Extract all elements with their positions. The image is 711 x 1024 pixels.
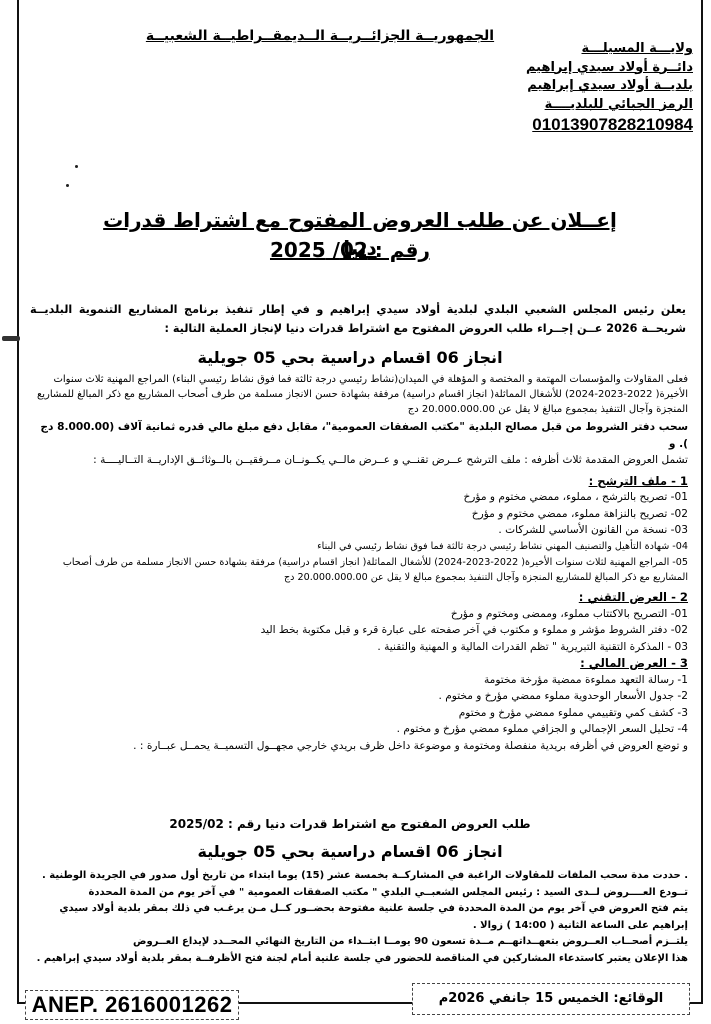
- candidacy-item: 05- المراجع المهنية لثلاث سنوات الأخيرة(…: [28, 555, 688, 585]
- candidacy-item: 04- شهادة التأهيل والتصنيف المهني نشاط ر…: [28, 539, 688, 556]
- final-paragraph: . حددت مدة سحب الملفات للمقاولات الراغبة…: [28, 868, 688, 885]
- financial-item: 3- كشف كمي وتقييمي مملوء ممضي مؤرخ و مخت…: [28, 705, 688, 722]
- section-title-candidacy: 1 - ملف الترشح :: [28, 473, 688, 490]
- intro-paragraph: يعلن رئيس المجلس الشعبي البلدي لبلدية أو…: [30, 300, 686, 338]
- candidacy-item: 02- تصريح بالنزاهة مملوء، ممضي مختوم و م…: [28, 506, 688, 523]
- final-paragraphs: . حددت مدة سحب الملفات للمقاولات الراغبة…: [28, 868, 688, 967]
- final-paragraph: يلتــزم أصحــاب العــروض بتعهــداتهــم م…: [28, 934, 688, 951]
- notice-number: رقم : 02/ 2025: [200, 236, 500, 264]
- section-title-technical: 2 - العرض التقني :: [28, 589, 688, 606]
- deposit-note: و توضع العروض في أظرفه بريدية منفصلة ومخ…: [28, 738, 688, 755]
- technical-item: 02- دفتر الشروط مؤشر و مملوء و مكتوب في …: [28, 622, 688, 639]
- financial-item: 4- تحليل السعر الإجمالي و الجزافي مملوء …: [28, 721, 688, 738]
- technical-item: 03 - المذكرة التقنية التبريرية " تظم الق…: [28, 639, 688, 656]
- envelopes-paragraph: تشمل العروض المقدمة ثلاث أظرفه : ملف الت…: [28, 452, 688, 469]
- candidacy-item: 03- نسخة من القانون الأساسي للشركات .: [28, 522, 688, 539]
- section-title-financial: 3 - العرض المالي :: [28, 655, 688, 672]
- project-heading-repeat: انجاز 06 اقسام دراسية بحي 05 جويلية: [150, 842, 550, 861]
- announcement-line: طلب العروض المفتوح مع اشتراط قدرات دنيا …: [150, 817, 550, 831]
- scan-speck: [75, 165, 78, 168]
- project-heading: انجاز 06 اقسام دراسية بحي 05 جويلية: [150, 348, 550, 367]
- scan-mark: [2, 336, 20, 341]
- administration-block: ولايـــة المسيلـــة دائــرة أولاد سيدي إ…: [523, 40, 693, 136]
- tax-code-label: الرمز الجبائي للبلديــــة: [523, 96, 693, 115]
- candidacy-item: 01- تصريح بالترشح ، مملوء، ممضي مختوم و …: [28, 489, 688, 506]
- technical-item: 01- التصريح بالاكتتاب مملوء، وممضى ومختو…: [28, 606, 688, 623]
- final-paragraph: تــودع العــــروض لــدى السيد : رئيس الم…: [28, 885, 688, 902]
- daira-label: دائــرة أولاد سيدي إبراهيم: [523, 59, 693, 78]
- tax-code-value: 01013907828210984: [523, 114, 693, 136]
- scan-speck: [66, 184, 69, 187]
- wilaya-label: ولايـــة المسيلـــة: [523, 40, 693, 59]
- anep-reference: ANEP. 2616001262: [25, 990, 239, 1020]
- withdrawal-paragraph: سحب دفتر الشروط من قبل مصالح البلدية "مك…: [28, 419, 688, 452]
- notice-body: فعلى المقاولات والمؤسسات المهتمة و المخت…: [28, 372, 688, 754]
- financial-item: 1- رسالة التعهد مملوءة ممضية مؤرخة مختوم…: [28, 672, 688, 689]
- final-paragraph: هذا الإعلان يعتبر كاستدعاء المشاركين في …: [28, 951, 688, 968]
- footer-connector-line: [237, 1002, 412, 1003]
- final-paragraph: يتم فتح العروض في آخر يوم من المدة المحد…: [28, 901, 688, 934]
- financial-item: 2- جدول الأسعار الوحدوية مملوء ممضي مؤرخ…: [28, 688, 688, 705]
- eligibility-paragraph: فعلى المقاولات والمؤسسات المهتمة و المخت…: [28, 372, 688, 417]
- commune-label: بلديــة أولاد سيدي إبراهيم: [523, 77, 693, 96]
- publication-date: الوقائع: الخميس 15 جانفي 2026م: [412, 983, 690, 1015]
- republic-header: الجمهوريــة الجزائــريــة الــديمقــراطي…: [140, 28, 500, 44]
